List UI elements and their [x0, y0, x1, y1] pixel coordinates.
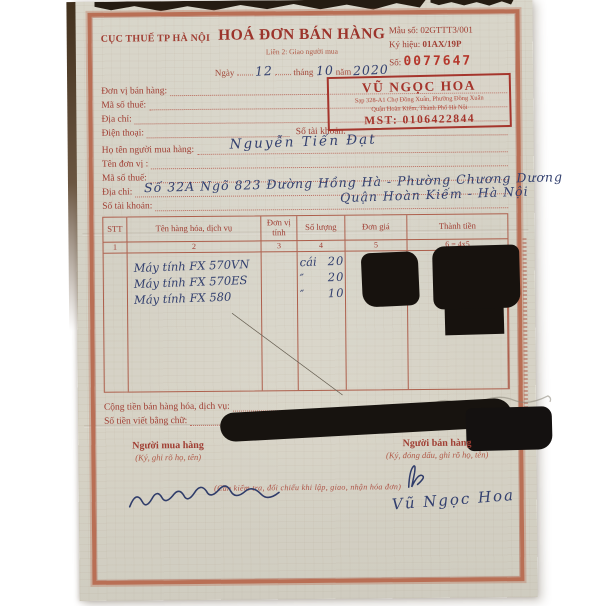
invoice-title: HOÁ ĐƠN BÁN HÀNG — [214, 19, 389, 45]
table-body: Máy tính FX 570VN cái 20 Máy tính FX 570… — [104, 250, 509, 392]
seller-signature-title: Người bán hàng — [386, 437, 488, 449]
buyer-account-row: Số tài khoản: Quận Hoàn Kiếm - Hà Nội — [102, 194, 508, 212]
printer-microtext-vertical — [522, 238, 527, 408]
item-qty: 20 — [327, 253, 344, 268]
header-center: HOÁ ĐƠN BÁN HÀNG Liên 2: Giao người mua … — [214, 19, 389, 79]
table-header-row: STT Tên hàng hóa, dịch vụ Đơn vị tính Số… — [103, 214, 507, 242]
item-unit: ″ — [300, 271, 305, 285]
item-unit: cái — [299, 254, 316, 269]
redaction-mark-unit-price — [361, 251, 420, 307]
item-name: Máy tính FX 580 — [134, 289, 232, 306]
col-header-price: Đơn giá — [345, 215, 407, 240]
buyer-section: Họ tên người mua hàng: Nguyễn Tiến Đạt T… — [102, 138, 509, 212]
buyer-signature-sub: (Ký, ghi rõ họ, tên) — [132, 452, 204, 463]
colnum-1: 1 — [103, 242, 127, 253]
col-header-unit: Đơn vị tính — [261, 216, 297, 241]
seller-signature-flourish — [388, 461, 430, 490]
buyer-address-label: Địa chỉ: — [102, 187, 135, 197]
invoice-number-line: Số: 0077647 — [389, 51, 507, 73]
colnum-5: 5 — [345, 240, 407, 252]
col-header-qty: Số lượng — [297, 216, 345, 241]
invoice-paper: CỤC THUẾ TP HÀ NỘI HOÁ ĐƠN BÁN HÀNG Liên… — [74, 0, 537, 601]
form-number-line: Mẫu số: 02GTTT3/001 — [389, 22, 507, 37]
seller-stamp: VŨ NGỌC HOA Sạp 328-A1 Chợ Đồng Xuân, Ph… — [327, 73, 512, 131]
serial-symbol-line: Ký hiệu: 01AX/19P — [389, 37, 507, 52]
item-qty: 10 — [328, 285, 345, 300]
items-table: STT Tên hàng hóa, dịch vụ Đơn vị tính Số… — [102, 213, 510, 392]
col-header-total: Thành tiền — [407, 214, 507, 240]
col-header-stt: STT — [103, 218, 127, 243]
amount-in-words-label: Số tiền viết bằng chữ: — [104, 416, 190, 427]
buyer-signature-scribble — [119, 462, 283, 523]
item-qty: 20 — [328, 269, 345, 284]
date-dots — [237, 74, 253, 75]
handwritten-month: 10 — [315, 62, 334, 78]
invoice-number-label: Số: — [389, 57, 401, 67]
seller-tax-label: Mã số thuế: — [101, 100, 149, 110]
seller-unit-label: Đơn vị bán hàng: — [101, 86, 170, 97]
date-word-month: tháng — [293, 67, 313, 77]
colnum-3: 3 — [261, 241, 297, 252]
item-unit: ″ — [300, 287, 305, 301]
totals-section: Cộng tiền bán hàng hóa, dịch vụ: Số tiền… — [104, 395, 510, 427]
seller-signature-block: Người bán hàng (Ký, đóng dấu, ghi rõ họ,… — [386, 437, 489, 460]
redaction-mark-amount — [432, 244, 521, 309]
copy-line: Liên 2: Giao người mua — [215, 46, 389, 57]
buyer-signature-block: Người mua hàng (Ký, ghi rõ họ, tên) — [132, 440, 204, 463]
date-dots — [275, 74, 291, 75]
date-word-day: Ngày — [215, 68, 235, 78]
seller-signature-handwriting: Vũ Ngọc Hoa — [388, 455, 515, 514]
date-word-year: năm — [336, 67, 352, 77]
seller-phone-label: Điện thoại: — [102, 128, 148, 138]
signature-section: Người mua hàng (Ký, ghi rõ họ, tên) Ngườ… — [104, 437, 510, 463]
form-number-label: Mẫu số: — [389, 25, 418, 35]
buyer-signature-title: Người mua hàng — [132, 440, 204, 452]
torn-top-edge-right — [430, 0, 514, 8]
seller-address-label: Địa chỉ: — [101, 114, 134, 124]
handwritten-day: 12 — [255, 63, 274, 79]
serial-symbol-value: 01AX/19P — [422, 39, 461, 49]
invoice-number-value: 0077647 — [403, 53, 472, 69]
tax-agency: CỤC THUẾ TP HÀ NỘI — [101, 21, 215, 45]
item-name: Máy tính FX 570ES — [134, 273, 248, 291]
header-meta: Mẫu số: 02GTTT3/001 Ký hiệu: 01AX/19P Số… — [389, 18, 507, 73]
col-header-name: Tên hàng hóa, dịch vụ — [127, 216, 261, 242]
colnum-4: 4 — [297, 240, 345, 251]
serial-symbol-label: Ký hiệu: — [389, 39, 420, 49]
buyer-account-label: Số tài khoản: — [102, 201, 155, 211]
buyer-unit-label: Tên đơn vị : — [102, 159, 152, 169]
seller-stamp-tax-id: MST: 0106422844 — [332, 112, 508, 128]
item-name: Máy tính FX 570VN — [134, 257, 250, 275]
photo-of-invoice: CỤC THUẾ TP HÀ NỘI HOÁ ĐƠN BÁN HÀNG Liên… — [0, 0, 606, 606]
buyer-tax-label: Mã số thuế: — [102, 173, 150, 183]
invoice-header: CỤC THUẾ TP HÀ NỘI HOÁ ĐƠN BÁN HÀNG Liên… — [101, 18, 507, 80]
form-number-value: 02GTTT3/001 — [420, 25, 473, 35]
seller-signature-name: Vũ Ngọc Hoa — [391, 486, 515, 514]
